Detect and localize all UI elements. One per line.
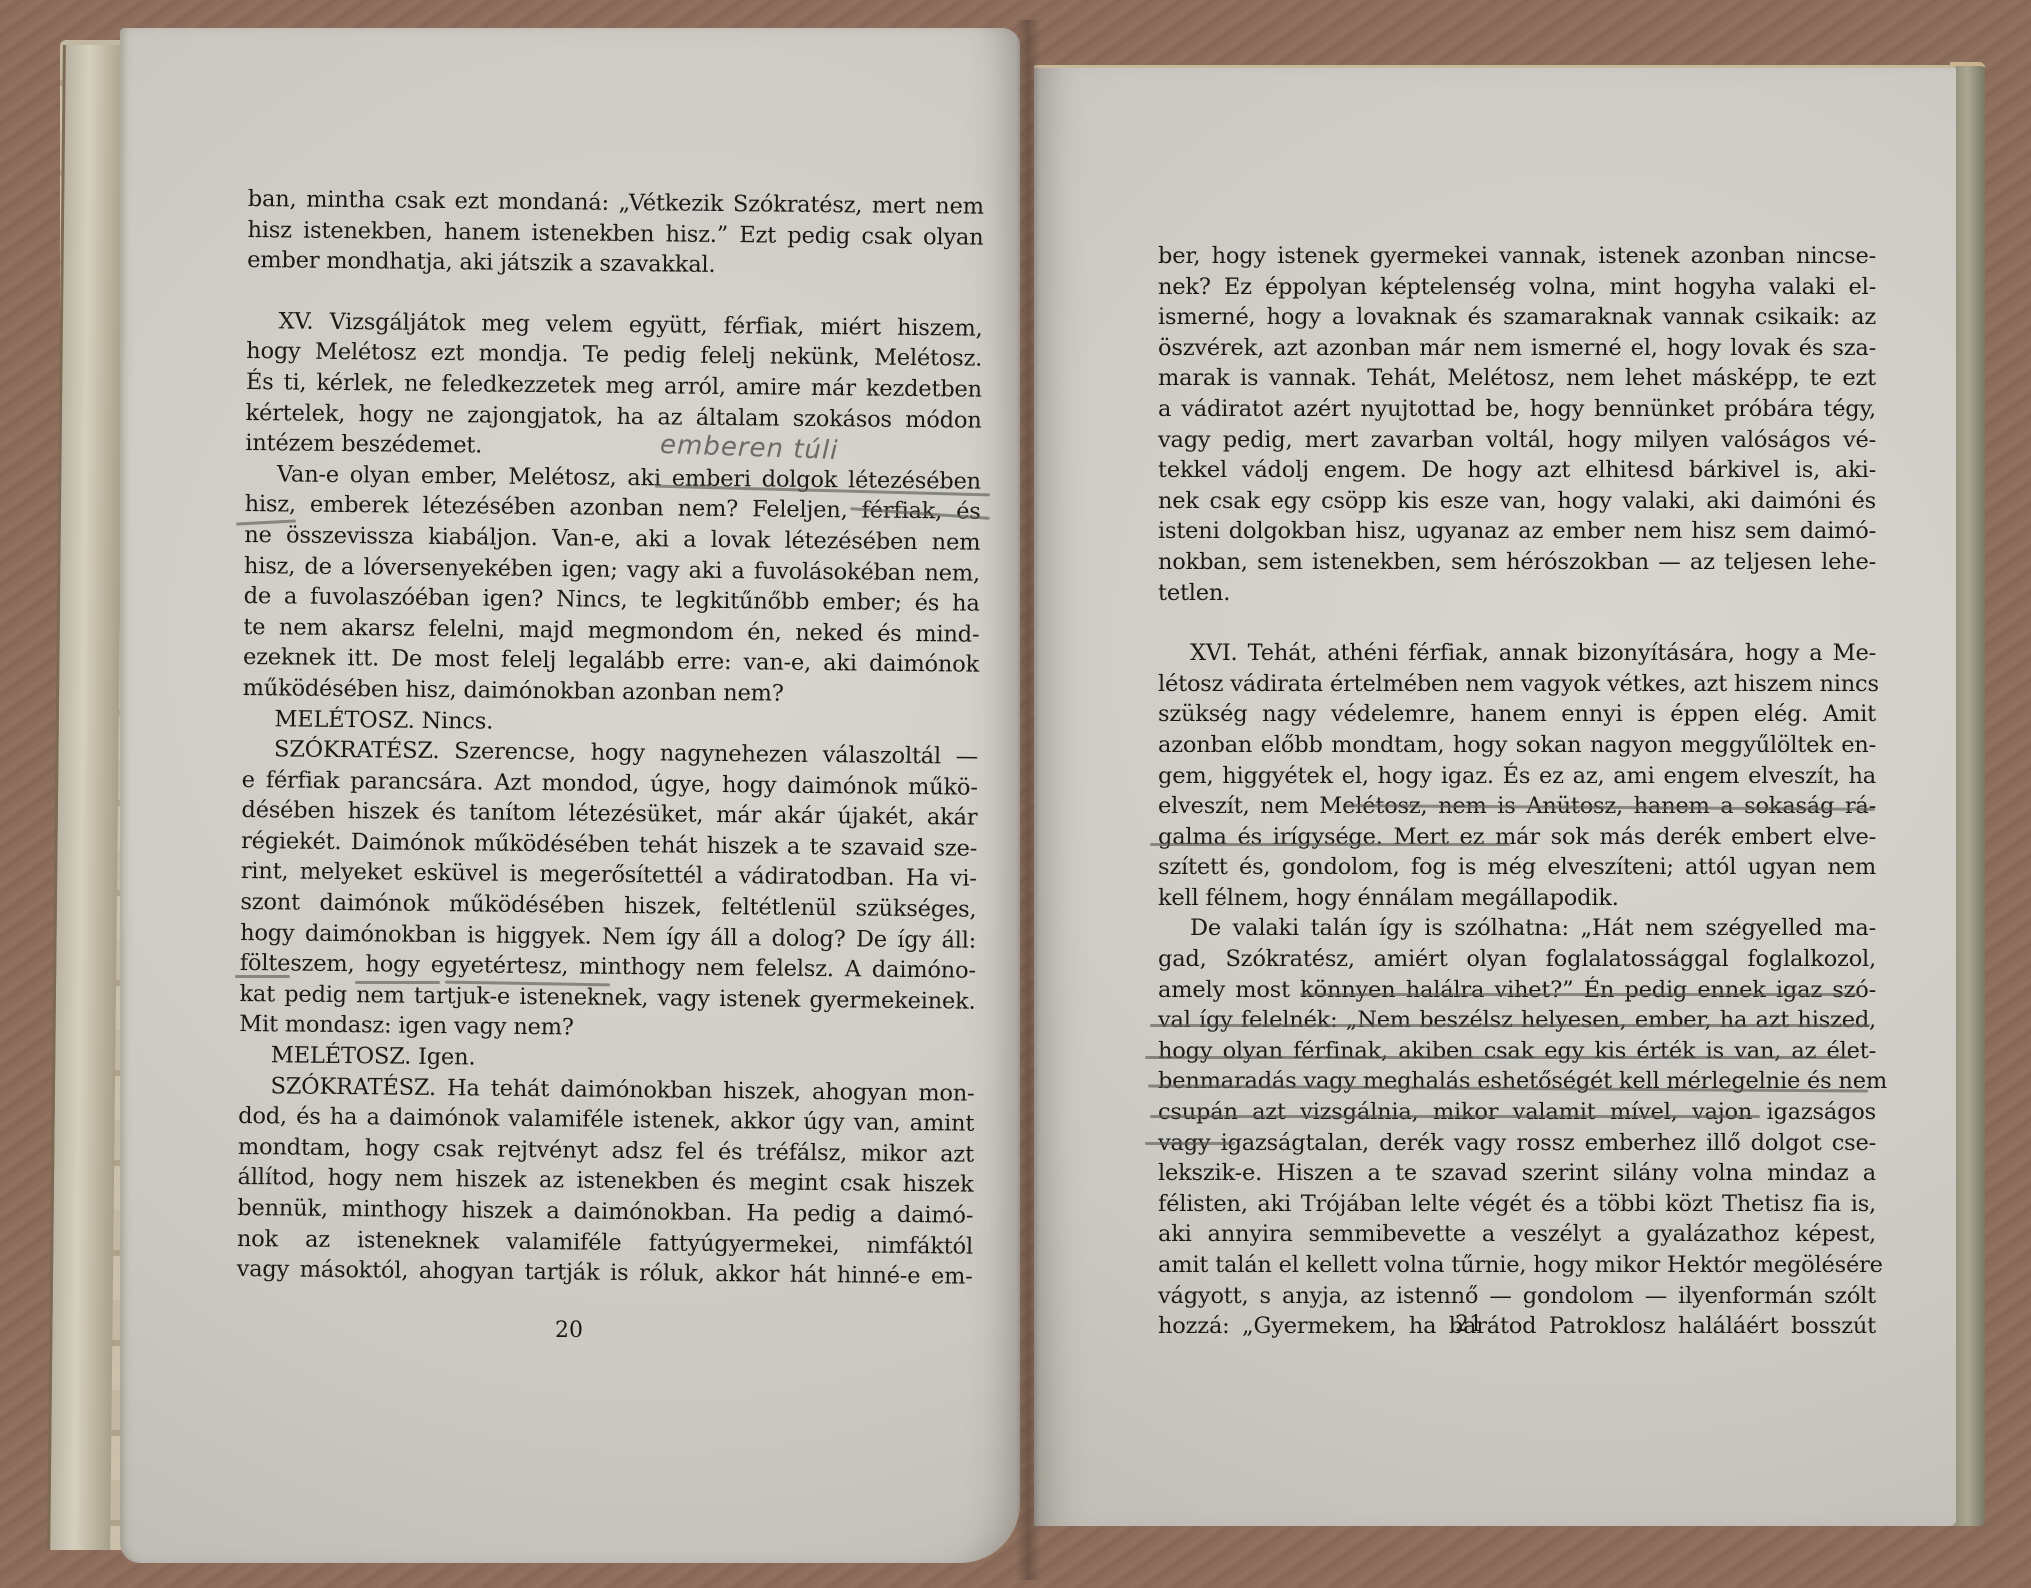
text-line: azonban előbb mondtam, hogy sokan nagyon…	[1158, 730, 1876, 761]
text-line: tekkel vádolj engem. De hogy azt elhites…	[1158, 455, 1876, 486]
text-line: nokban, sem istenekben, sem hérószokban …	[1158, 547, 1876, 578]
pencil-underline	[235, 975, 290, 978]
text-line: ismerné, hogy a lovaknak és szamaraknak …	[1158, 302, 1876, 333]
section-heading-line: XVI. Tehát, athéni férfiak, annak bizony…	[1158, 638, 1876, 669]
pencil-underline	[1145, 1056, 1850, 1059]
pencil-underline	[1150, 1115, 1760, 1118]
text-line: létosz vádirata értelmében nem vagyok vé…	[1158, 669, 1876, 700]
book-gutter	[1016, 20, 1040, 1580]
handwritten-annotation: emberen túli	[660, 430, 839, 466]
text-line: amit talán el kellett volna tűrnie, hogy…	[1158, 1250, 1876, 1281]
page-number-right: 21	[1455, 1312, 1483, 1337]
text-line: amely most könnyen halálra vihet?” Én pe…	[1158, 975, 1876, 1006]
text-line: hogy olyan férfinak, akiben csak egy kis…	[1158, 1036, 1876, 1067]
text-line: szített és, gondolom, fog is még elveszí…	[1158, 852, 1876, 883]
text-line: aki annyira semmibevette a veszélyt a gy…	[1158, 1219, 1876, 1250]
page-number-left: 20	[555, 1318, 583, 1343]
right-page-text: ber, hogy istenek gyermekei vannak, iste…	[1158, 241, 1876, 1342]
text-line: gem, higgyétek el, hogy igaz. És ez az, …	[1158, 761, 1876, 792]
text-line: marak is vannak. Tehát, Melétosz, nem le…	[1158, 363, 1876, 394]
pencil-underline	[1150, 843, 1510, 846]
text-line: galma és irígysége. Mert ez már sok más …	[1158, 822, 1876, 853]
pencil-underline	[1150, 1024, 1870, 1027]
text-line: gad, Szókratész, amiért olyan foglalatos…	[1158, 944, 1876, 975]
text-line: a vádiratot azért nyujtottad be, hogy be…	[1158, 394, 1876, 425]
text-line: tetlen.	[1158, 578, 1876, 609]
text-line: nek? Ez éppolyan képtelenség volna, mint…	[1158, 272, 1876, 303]
pencil-underline	[1300, 993, 1860, 996]
text-line: öszvérek, azt azonban már nem ismerné el…	[1158, 333, 1876, 364]
pencil-underline	[355, 981, 440, 984]
left-page-text: ban, mintha csak ezt mondaná: „Vétkezik …	[236, 184, 983, 1292]
text-line: vagy pedig, mert zavarban voltál, hogy m…	[1158, 425, 1876, 456]
text-line: vágyott, s anyja, az istennő — gondolom …	[1158, 1281, 1876, 1312]
text-line: vagy igazságtalan, derék vagy rossz embe…	[1158, 1128, 1876, 1159]
text-line: csupán azt vizsgálnia, mikor valamit mív…	[1158, 1097, 1876, 1128]
text-line: szükség nagy védelemre, hanem ennyi is é…	[1158, 699, 1876, 730]
text-line: hozzá: „Gyermekem, ha barátod Patroklosz…	[1158, 1311, 1876, 1342]
text-line: félisten, aki Trójában lelte végét és a …	[1158, 1189, 1876, 1220]
pencil-underline	[1145, 1142, 1235, 1145]
text-line: benmaradás vagy meghalás eshetőségét kel…	[1158, 1066, 1876, 1097]
text-line: De valaki talán így is szólhatna: „Hát n…	[1158, 913, 1876, 944]
text-line: isteni dolgokban hisz, ugyanaz az ember …	[1158, 516, 1876, 547]
text-line: ber, hogy istenek gyermekei vannak, iste…	[1158, 241, 1876, 272]
text-line: lekszik-e. Hiszen a te szavad szerint si…	[1158, 1158, 1876, 1189]
text-line: nek csak egy csöpp kis esze van, hogy va…	[1158, 486, 1876, 517]
text-line: val így felelnék: „Nem beszélsz helyesen…	[1158, 1005, 1876, 1036]
paragraph-gap	[1158, 608, 1876, 638]
text-line: kell félnem, hogy énnálam megállapodik.	[1158, 883, 1876, 914]
